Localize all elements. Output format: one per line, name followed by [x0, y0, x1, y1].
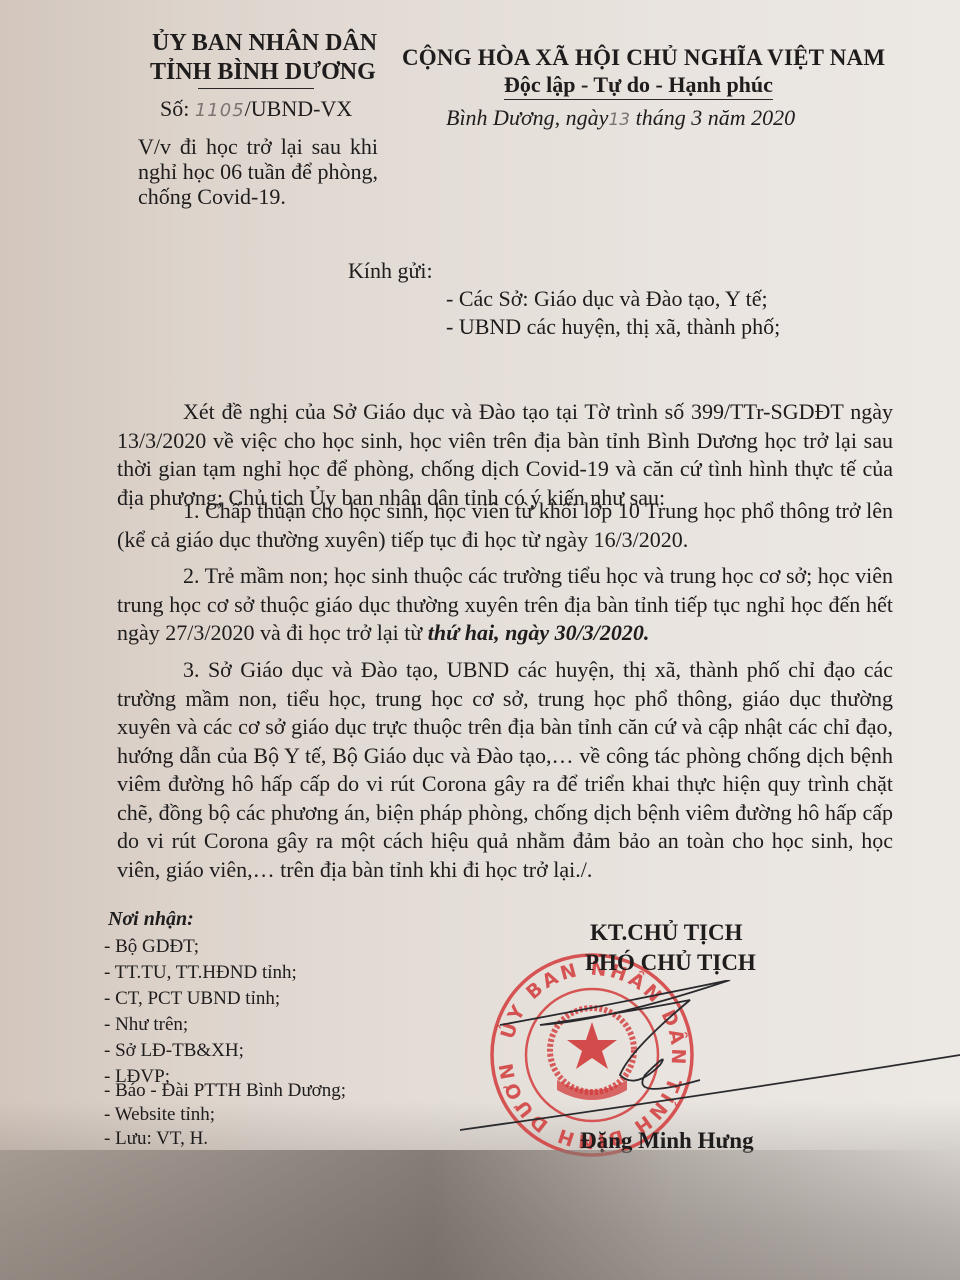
body-point-3: 3. Sở Giáo dục và Đào tạo, UBND các huyệ… — [117, 656, 893, 884]
distribution-item: - Báo - Đài PTTH Bình Dương; — [104, 1080, 346, 1102]
distribution-item: - TT.TU, TT.HĐND tỉnh; — [104, 962, 297, 984]
distribution-title: Nơi nhận: — [108, 908, 194, 931]
signature-title-2: PHÓ CHỦ TỊCH — [585, 950, 756, 976]
point-2-emphasis: thứ hai, ngày 30/3/2020. — [428, 620, 650, 645]
body-point-1: 1. Chấp thuận cho học sinh, học viên từ … — [117, 497, 893, 554]
distribution-item: - CT, PCT UBND tỉnh; — [104, 988, 280, 1010]
document-number: Số: 1105/UBND-VX — [160, 96, 352, 122]
issuer-name-line2: TỈNH BÌNH DƯƠNG — [150, 59, 376, 86]
distribution-item: - Sở LĐ-TB&XH; — [104, 1040, 244, 1062]
place-date-prefix: Bình Dương, ngày — [446, 105, 608, 130]
distribution-item: - Như trên; — [104, 1014, 188, 1036]
document-subject: V/v đi học trở lại sau khi nghỉ học 06 t… — [138, 134, 378, 209]
national-motto: Độc lập - Tự do - Hạnh phúc — [504, 72, 773, 100]
national-title: CỘNG HÒA XÃ HỘI CHỦ NGHĨA VIỆT NAM — [402, 45, 885, 71]
point-3-text: 3. Sở Giáo dục và Đào tạo, UBND các huyệ… — [117, 656, 893, 884]
doc-number-prefix: Số: — [160, 96, 189, 121]
signer-name: Đặng Minh Hưng — [580, 1128, 754, 1154]
issuer-underline — [198, 88, 314, 89]
date-day-handwritten: 13 — [608, 110, 630, 130]
photo-shadow — [0, 1150, 960, 1280]
place-date-suffix: tháng 3 năm 2020 — [630, 105, 795, 130]
recipients-label: Kính gửi: — [348, 258, 433, 284]
recipient-item: - UBND các huyện, thị xã, thành phố; — [446, 314, 780, 340]
intro-text: Xét đề nghị của Sở Giáo dục và Đào tạo t… — [117, 398, 893, 512]
point-2-paragraph: 2. Trẻ mầm non; học sinh thuộc các trườn… — [117, 562, 893, 648]
signature-title-1: KT.CHỦ TỊCH — [590, 920, 743, 946]
place-and-date: Bình Dương, ngày13 tháng 3 năm 2020 — [446, 105, 795, 131]
point-1-text: 1. Chấp thuận cho học sinh, học viên từ … — [117, 497, 893, 554]
distribution-item: - Website tỉnh; — [104, 1104, 215, 1126]
doc-number-handwritten: 1105 — [195, 100, 245, 121]
distribution-item: - Lưu: VT, H. — [104, 1128, 208, 1150]
issuer-name-line1: ỦY BAN NHÂN DÂN — [152, 30, 377, 57]
body-point-2: 2. Trẻ mầm non; học sinh thuộc các trườn… — [117, 562, 893, 648]
recipient-item: - Các Sở: Giáo dục và Đào tạo, Y tế; — [446, 286, 768, 312]
doc-number-suffix: /UBND-VX — [245, 96, 353, 121]
body-intro-paragraph: Xét đề nghị của Sở Giáo dục và Đào tạo t… — [117, 398, 893, 512]
distribution-item: - Bộ GDĐT; — [104, 936, 199, 958]
